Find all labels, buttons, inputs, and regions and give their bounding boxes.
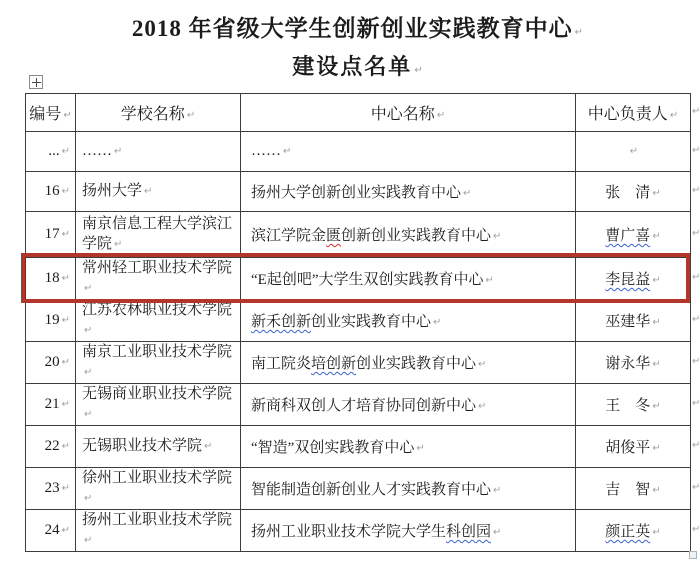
paragraph-mark-icon: ↵ — [62, 186, 70, 197]
table-row: 20↵南京工业职业技术学院↵南工院炎培创新创业实践教育中心↵谢永华↵ — [26, 342, 691, 384]
paragraph-mark-icon: ↵ — [652, 188, 660, 199]
text-segment: 颜正英 — [605, 524, 650, 540]
text-segment: 曹广喜 — [605, 228, 650, 244]
paragraph-mark-icon: ↵ — [670, 110, 678, 121]
text-segment: …… — [251, 143, 281, 159]
document-page: 2018 年省级大学生创新创业实践教育中心↵ 建设点名单↵ 编号↵ 学校名称↵ … — [0, 0, 700, 564]
paragraph-mark-icon: ↵ — [84, 409, 92, 420]
paragraph-mark-icon: ↵ — [652, 317, 660, 328]
header-cell-school: 学校名称↵ — [76, 94, 241, 132]
paragraph-mark-icon: ↵ — [652, 527, 660, 538]
cell-number: 24↵ — [26, 510, 76, 552]
paragraph-mark-icon: ↵ — [62, 525, 70, 536]
text-segment: 17 — [45, 226, 60, 242]
text-segment: 扬州大学创新创业实践教育中心 — [251, 185, 461, 201]
cell-number: 16↵ — [26, 172, 76, 212]
paragraph-mark-icon: ↵ — [692, 106, 700, 117]
paragraph-mark-icon: ↵ — [114, 239, 122, 250]
cell-number: 22↵ — [26, 426, 76, 468]
text-segment: 22 — [45, 438, 60, 454]
paragraph-mark-icon: ↵ — [416, 443, 424, 454]
table-resize-handle[interactable] — [689, 551, 697, 559]
paragraph-mark-icon: ↵ — [692, 482, 700, 493]
text-segment: 常州轻工职业技术学院 — [82, 260, 232, 276]
text-segment: 无锡商业职业技术学院 — [82, 386, 232, 402]
paragraph-mark-icon: ↵ — [84, 535, 92, 546]
text-segment: 智能制造创新创业人才实践教育中心 — [251, 482, 491, 498]
text-segment: 巫建华 — [605, 314, 650, 330]
cell-center-name: 扬州大学创新创业实践教育中心↵ — [241, 172, 576, 212]
cell-number: ...↵ — [26, 132, 76, 172]
paragraph-mark-icon: ↵ — [437, 110, 445, 121]
cell-center-name: 新商科双创人才培育协同创新中心↵ — [241, 384, 576, 426]
table-body: ...↵……↵……↵↵16↵扬州大学↵扬州大学创新创业实践教育中心↵张 清↵17… — [26, 132, 691, 552]
text-segment: “智造”双创实践教育中心 — [251, 440, 414, 456]
document-title: 2018 年省级大学生创新创业实践教育中心↵ 建设点名单↵ — [25, 12, 690, 88]
paragraph-mark-icon: ↵ — [62, 273, 70, 284]
cell-center-name: 智能制造创新创业人才实践教育中心↵ — [241, 468, 576, 510]
cell-school-name: 徐州工业职业技术学院↵ — [76, 468, 241, 510]
paragraph-mark-icon: ↵ — [575, 27, 583, 38]
cell-number: 18↵ — [26, 258, 76, 300]
paragraph-mark-icon: ↵ — [62, 315, 70, 326]
table-row: 23↵徐州工业职业技术学院↵智能制造创新创业人才实践教育中心↵吉 智↵ — [26, 468, 691, 510]
text-segment: 吉 智 — [605, 482, 650, 498]
header-label: 中心名称 — [371, 106, 435, 123]
paragraph-mark-icon: ↵ — [463, 188, 471, 199]
text-segment: 南京信息工程大学滨江学院 — [82, 216, 232, 252]
table-row: 17↵南京信息工程大学滨江学院↵滨江学院金匮创新创业实践教育中心↵曹广喜↵ — [26, 212, 691, 258]
paragraph-mark-icon: ↵ — [114, 146, 122, 157]
cell-person-name: 谢永华↵ — [576, 342, 691, 384]
text-segment: 江苏农林职业技术学院 — [82, 302, 232, 318]
text-segment: …… — [82, 143, 112, 159]
cell-number: 17↵ — [26, 212, 76, 258]
text-segment: 扬州工业职业技术学院大学生 — [251, 524, 446, 540]
title-line-2-text: 建设点名单 — [292, 54, 412, 79]
text-segment: 21 — [45, 396, 60, 412]
cell-school-name: 南京信息工程大学滨江学院↵ — [76, 212, 241, 258]
cell-number: 20↵ — [26, 342, 76, 384]
cell-number: 23↵ — [26, 468, 76, 510]
table-row: 16↵扬州大学↵扬州大学创新创业实践教育中心↵张 清↵ — [26, 172, 691, 212]
text-segment: 创业实践教育中心 — [356, 356, 476, 372]
cell-school-name: 扬州工业职业技术学院↵ — [76, 510, 241, 552]
header-label: 中心负责人 — [588, 106, 668, 123]
text-segment: 谢永华 — [605, 356, 650, 372]
paragraph-mark-icon: ↵ — [84, 325, 92, 336]
cell-center-name: ……↵ — [241, 132, 576, 172]
paragraph-mark-icon: ↵ — [84, 493, 92, 504]
move-cross-icon — [32, 82, 41, 84]
paragraph-mark-icon: ↵ — [204, 441, 212, 452]
paragraph-mark-icon: ↵ — [414, 65, 422, 76]
paragraph-mark-icon: ↵ — [62, 441, 70, 452]
cell-center-name: 新禾创新创业实践教育中心↵ — [241, 300, 576, 342]
header-cell-person: 中心负责人↵ — [576, 94, 691, 132]
paragraph-mark-icon: ↵ — [84, 367, 92, 378]
title-line-1-text: 2018 年省级大学生创新创业实践教育中心 — [132, 16, 573, 41]
paragraph-mark-icon: ↵ — [652, 275, 660, 286]
table-header-row: 编号↵ 学校名称↵ 中心名称↵ 中心负责人↵ — [26, 94, 691, 132]
cell-number: 21↵ — [26, 384, 76, 426]
paragraph-mark-icon: ↵ — [62, 357, 70, 368]
paragraph-mark-icon: ↵ — [283, 146, 291, 157]
paragraph-mark-icon: ↵ — [62, 146, 70, 157]
text-segment: 培创新 — [311, 356, 356, 372]
header-label: 编号 — [29, 106, 61, 123]
text-segment: 18 — [45, 270, 60, 286]
paragraph-mark-icon: ↵ — [493, 485, 501, 496]
table-row: 22↵无锡职业技术学院↵“智造”双创实践教育中心↵胡俊平↵ — [26, 426, 691, 468]
table-row: 24↵扬州工业职业技术学院↵扬州工业职业技术学院大学生科创园↵颜正英↵ — [26, 510, 691, 552]
cell-school-name: ……↵ — [76, 132, 241, 172]
paragraph-mark-icon: ↵ — [652, 359, 660, 370]
cell-person-name: ↵ — [576, 132, 691, 172]
text-segment: 23 — [45, 480, 60, 496]
cell-school-name: 无锡商业职业技术学院↵ — [76, 384, 241, 426]
paragraph-mark-icon: ↵ — [433, 317, 441, 328]
cell-person-name: 胡俊平↵ — [576, 426, 691, 468]
table-row-highlighted: 18↵常州轻工职业技术学院↵“E起创吧”大学生双创实践教育中心↵李昆益↵ — [26, 258, 691, 300]
paragraph-mark-icon: ↵ — [62, 399, 70, 410]
paragraph-mark-icon: ↵ — [493, 231, 501, 242]
paragraph-mark-icon: ↵ — [692, 398, 700, 409]
title-line-1: 2018 年省级大学生创新创业实践教育中心↵ — [25, 12, 690, 50]
text-segment: 南工院炎 — [251, 356, 311, 372]
text-segment: 20 — [45, 354, 60, 370]
paragraph-mark-icon: ↵ — [692, 185, 700, 196]
header-cell-center: 中心名称↵ — [241, 94, 576, 132]
paragraph-mark-icon: ↵ — [692, 228, 700, 239]
title-line-2: 建设点名单↵ — [25, 50, 690, 88]
text-segment: 新商科双创人才培育协同创新中心 — [251, 398, 476, 414]
text-segment: 24 — [45, 522, 60, 538]
paragraph-mark-icon: ↵ — [692, 314, 700, 325]
paragraph-mark-icon: ↵ — [692, 145, 700, 156]
header-label: 学校名称 — [121, 106, 185, 123]
table-move-handle[interactable] — [29, 75, 43, 89]
text-segment: 16 — [45, 183, 60, 199]
paragraph-mark-icon: ↵ — [62, 229, 70, 240]
text-segment: 徐州工业职业技术学院 — [82, 470, 232, 486]
cell-person-name: 张 清↵ — [576, 172, 691, 212]
paragraph-mark-icon: ↵ — [187, 110, 195, 121]
cell-person-name: 吉 智↵ — [576, 468, 691, 510]
text-segment: 科创园 — [446, 524, 491, 540]
text-segment: ... — [48, 143, 59, 159]
text-segment: 滨江学院金 — [251, 228, 326, 244]
cell-person-name: 颜正英↵ — [576, 510, 691, 552]
paragraph-mark-icon: ↵ — [84, 283, 92, 294]
cell-school-name: 无锡职业技术学院↵ — [76, 426, 241, 468]
text-segment: 无锡职业技术学院 — [82, 438, 202, 454]
paragraph-mark-icon: ↵ — [652, 231, 660, 242]
cell-center-name: 南工院炎培创新创业实践教育中心↵ — [241, 342, 576, 384]
cell-center-name: “智造”双创实践教育中心↵ — [241, 426, 576, 468]
paragraph-mark-icon: ↵ — [62, 483, 70, 494]
cell-center-name: “E起创吧”大学生双创实践教育中心↵ — [241, 258, 576, 300]
table-row: 21↵无锡商业职业技术学院↵新商科双创人才培育协同创新中心↵王 冬↵ — [26, 384, 691, 426]
cell-person-name: 巫建华↵ — [576, 300, 691, 342]
paragraph-mark-icon: ↵ — [485, 275, 493, 286]
text-segment: 19 — [45, 312, 60, 328]
paragraph-mark-icon: ↵ — [630, 146, 638, 157]
text-segment: 匮 — [326, 228, 341, 244]
paragraph-mark-icon: ↵ — [652, 485, 660, 496]
text-segment: 胡俊平 — [605, 440, 650, 456]
paragraph-mark-icon: ↵ — [652, 401, 660, 412]
table-row: 19↵江苏农林职业技术学院↵新禾创新创业实践教育中心↵巫建华↵ — [26, 300, 691, 342]
paragraph-mark-icon: ↵ — [144, 186, 152, 197]
text-segment: 李昆益 — [605, 272, 650, 288]
paragraph-mark-icon: ↵ — [63, 110, 71, 121]
text-segment: 南京工业职业技术学院 — [82, 344, 232, 360]
paragraph-mark-icon: ↵ — [493, 527, 501, 538]
paragraph-mark-icon: ↵ — [692, 440, 700, 451]
text-segment: 王 冬 — [605, 398, 650, 414]
cell-school-name: 扬州大学↵ — [76, 172, 241, 212]
paragraph-mark-icon: ↵ — [478, 359, 486, 370]
text-segment: 新禾创新 — [251, 314, 311, 330]
text-segment: 扬州工业职业技术学院 — [82, 512, 232, 528]
cell-person-name: 王 冬↵ — [576, 384, 691, 426]
text-segment: 扬州大学 — [82, 183, 142, 199]
text-segment: 张 清 — [605, 185, 650, 201]
text-segment: 创业实践教育中心 — [311, 314, 431, 330]
paragraph-mark-icon: ↵ — [692, 524, 700, 535]
cell-center-name: 扬州工业职业技术学院大学生科创园↵ — [241, 510, 576, 552]
cell-school-name: 常州轻工职业技术学院↵ — [76, 258, 241, 300]
cell-person-name: 曹广喜↵ — [576, 212, 691, 258]
header-cell-number: 编号↵ — [26, 94, 76, 132]
paragraph-mark-icon: ↵ — [692, 356, 700, 367]
table-row: ...↵……↵……↵↵ — [26, 132, 691, 172]
paragraph-mark-icon: ↵ — [478, 401, 486, 412]
cell-school-name: 江苏农林职业技术学院↵ — [76, 300, 241, 342]
cell-center-name: 滨江学院金匮创新创业实践教育中心↵ — [241, 212, 576, 258]
cell-person-name: 李昆益↵ — [576, 258, 691, 300]
paragraph-mark-icon: ↵ — [652, 443, 660, 454]
cell-school-name: 南京工业职业技术学院↵ — [76, 342, 241, 384]
paragraph-mark-icon: ↵ — [692, 272, 700, 283]
cell-number: 19↵ — [26, 300, 76, 342]
text-segment: 创新创业实践教育中心 — [341, 228, 491, 244]
text-segment: “E起创吧”大学生双创实践教育中心 — [251, 272, 483, 288]
center-list-table: 编号↵ 学校名称↵ 中心名称↵ 中心负责人↵ ...↵……↵……↵↵16↵扬州大… — [25, 93, 691, 552]
